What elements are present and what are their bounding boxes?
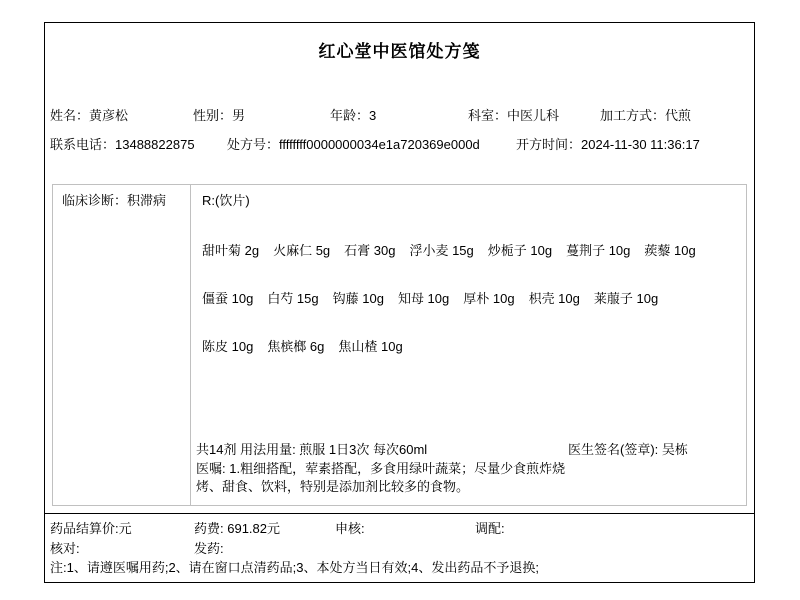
herb-item: 钩藤 10g [333, 291, 384, 306]
herb-line-1: 甜叶菊 2g火麻仁 5g石膏 30g浮小麦 15g炒栀子 10g蔓荆子 10g蒺… [202, 243, 710, 259]
review-field: 申核: [335, 521, 365, 537]
herb-item: 莱菔子 10g [594, 291, 658, 306]
herb-line-3: 陈皮 10g焦槟榔 6g焦山楂 10g [202, 339, 417, 355]
patient-gender-value: 男 [232, 108, 245, 123]
herb-item: 焦槟榔 6g [267, 339, 324, 354]
herb-item: 枳壳 10g [529, 291, 580, 306]
patient-gender-field: 性别：男 [193, 108, 245, 124]
herb-item: 僵蚕 10g [202, 291, 253, 306]
patient-name-label: 姓名： [50, 108, 89, 123]
diagnosis-value: 积滞病 [127, 193, 166, 208]
herb-item: 浮小麦 15g [409, 243, 473, 258]
fee-value: 691.82元 [227, 521, 280, 536]
prepare-field: 调配: [475, 521, 505, 537]
processing-value: 代煎 [665, 108, 691, 123]
herb-item: 火麻仁 5g [273, 243, 330, 258]
settle-price-field: 药品结算价:元 [50, 521, 132, 537]
patient-gender-label: 性别： [193, 108, 232, 123]
doctor-signature-label: 医生签名(签章): [568, 442, 662, 457]
patient-name-value: 黄彦松 [89, 108, 128, 123]
rx-header: R:(饮片) [202, 193, 250, 209]
diagnosis-label: 临床诊断： [62, 193, 127, 208]
diagnosis-divider [190, 184, 191, 506]
doctor-signature-field: 医生签名(签章): 吴栋 [568, 442, 688, 458]
herb-item: 蒺藜 10g [644, 243, 695, 258]
rx-number-label: 处方号： [227, 137, 279, 152]
usage-line: 共14剂 用法用量: 煎服 1日3次 每次60ml [196, 442, 427, 458]
herb-item: 厚朴 10g [463, 291, 514, 306]
diagnosis-field: 临床诊断：积滞病 [62, 193, 166, 209]
rx-number-field: 处方号：ffffffff0000000034e1a720369e000d [227, 137, 480, 153]
herb-item: 石膏 30g [344, 243, 395, 258]
dispense-field: 发药: [194, 541, 224, 557]
phone-label: 联系电话： [50, 137, 115, 152]
phone-value: 13488822875 [115, 137, 195, 152]
footer-divider [44, 513, 755, 514]
issue-time-field: 开方时间：2024-11-30 11:36:17 [516, 137, 700, 153]
issue-time-value: 2024-11-30 11:36:17 [581, 137, 700, 152]
page-title: 红心堂中医馆处方笺 [44, 37, 755, 62]
patient-name-field: 姓名：黄彦松 [50, 108, 128, 124]
processing-label: 加工方式： [600, 108, 665, 123]
department-field: 科室：中医儿科 [468, 108, 559, 124]
rx-number-value: ffffffff0000000034e1a720369e000d [279, 137, 480, 152]
doctor-advice: 医嘱: 1.粗细搭配，荤素搭配，多食用绿叶蔬菜；尽量少食煎炸烧烤、甜食、饮料，特… [196, 460, 578, 496]
herb-item: 炒栀子 10g [488, 243, 552, 258]
herb-item: 甜叶菊 2g [202, 243, 259, 258]
issue-time-label: 开方时间： [516, 137, 581, 152]
fee-label: 药费: [194, 521, 227, 536]
patient-age-value: 3 [369, 108, 376, 123]
processing-field: 加工方式：代煎 [600, 108, 691, 124]
herb-item: 陈皮 10g [202, 339, 253, 354]
phone-field: 联系电话：13488822875 [50, 137, 195, 153]
fee-field: 药费: 691.82元 [194, 521, 280, 537]
footer-note: 注:1、请遵医嘱用药;2、请在窗口点清药品;3、本处方当日有效;4、发出药品不予… [50, 560, 539, 576]
herb-item: 焦山楂 10g [338, 339, 402, 354]
patient-age-label: 年龄： [330, 108, 369, 123]
prescription-page: 红心堂中医馆处方笺 姓名：黄彦松 性别：男 年龄：3 科室：中医儿科 加工方式：… [0, 0, 800, 600]
herb-item: 白芍 15g [267, 291, 318, 306]
herb-item: 知母 10g [398, 291, 449, 306]
department-label: 科室： [468, 108, 507, 123]
herb-line-2: 僵蚕 10g白芍 15g钩藤 10g知母 10g厚朴 10g枳壳 10g莱菔子 … [202, 291, 672, 307]
patient-age-field: 年龄：3 [330, 108, 376, 124]
check-field: 核对: [50, 541, 80, 557]
doctor-signature-value: 吴栋 [662, 442, 688, 457]
herb-item: 蔓荆子 10g [566, 243, 630, 258]
department-value: 中医儿科 [507, 108, 559, 123]
